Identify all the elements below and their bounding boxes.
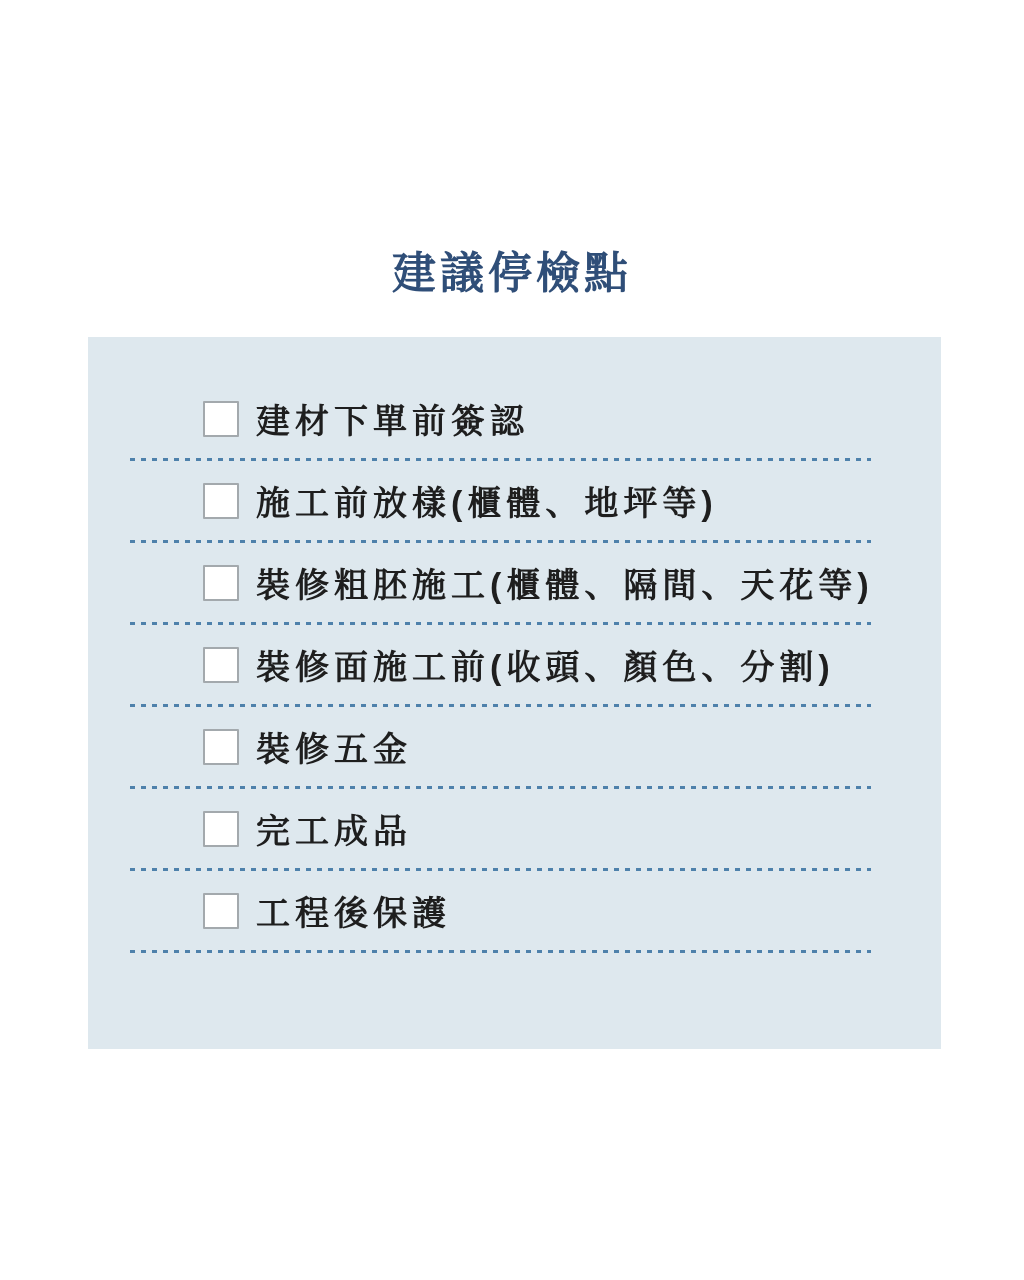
checklist-item-label: 施工前放樣(櫃體、地坪等) bbox=[256, 476, 718, 525]
checkbox-icon[interactable] bbox=[203, 483, 239, 519]
checkbox-icon[interactable] bbox=[203, 893, 239, 929]
checklist-item: 完工成品 bbox=[88, 789, 941, 871]
checklist-item-row: 裝修五金 bbox=[88, 707, 941, 786]
checklist-item: 施工前放樣(櫃體、地坪等) bbox=[88, 461, 941, 543]
checklist-panel: 建材下單前簽認 施工前放樣(櫃體、地坪等) 裝修粗胚施工(櫃體、隔間、天花等) … bbox=[88, 337, 941, 1049]
checklist-item-row: 完工成品 bbox=[88, 789, 941, 868]
checklist-item-row: 裝修粗胚施工(櫃體、隔間、天花等) bbox=[88, 543, 941, 622]
page: 建議停檢點 建材下單前簽認 施工前放樣(櫃體、地坪等) 裝修粗胚施工(櫃體、隔間… bbox=[0, 0, 1024, 1280]
checklist-item: 建材下單前簽認 bbox=[88, 379, 941, 461]
checklist: 建材下單前簽認 施工前放樣(櫃體、地坪等) 裝修粗胚施工(櫃體、隔間、天花等) … bbox=[88, 379, 941, 953]
checklist-item-label: 裝修五金 bbox=[256, 722, 412, 771]
checkbox-icon[interactable] bbox=[203, 729, 239, 765]
dashed-divider bbox=[130, 950, 871, 953]
checklist-item: 工程後保護 bbox=[88, 871, 941, 953]
checkbox-icon[interactable] bbox=[203, 565, 239, 601]
checklist-item-label: 建材下單前簽認 bbox=[256, 394, 529, 443]
page-title: 建議停檢點 bbox=[0, 0, 1024, 300]
checklist-item: 裝修粗胚施工(櫃體、隔間、天花等) bbox=[88, 543, 941, 625]
checklist-item-label: 工程後保護 bbox=[256, 886, 451, 935]
checklist-item-row: 建材下單前簽認 bbox=[88, 379, 941, 458]
checklist-item-row: 工程後保護 bbox=[88, 871, 941, 950]
checklist-item-row: 裝修面施工前(收頭、顏色、分割) bbox=[88, 625, 941, 704]
checklist-item-label: 完工成品 bbox=[256, 804, 412, 853]
checklist-item: 裝修面施工前(收頭、顏色、分割) bbox=[88, 625, 941, 707]
checklist-item-label: 裝修面施工前(收頭、顏色、分割) bbox=[256, 640, 835, 689]
checkbox-icon[interactable] bbox=[203, 647, 239, 683]
checklist-item-row: 施工前放樣(櫃體、地坪等) bbox=[88, 461, 941, 540]
checkbox-icon[interactable] bbox=[203, 401, 239, 437]
checklist-item-label: 裝修粗胚施工(櫃體、隔間、天花等) bbox=[256, 558, 874, 607]
checklist-item: 裝修五金 bbox=[88, 707, 941, 789]
checkbox-icon[interactable] bbox=[203, 811, 239, 847]
